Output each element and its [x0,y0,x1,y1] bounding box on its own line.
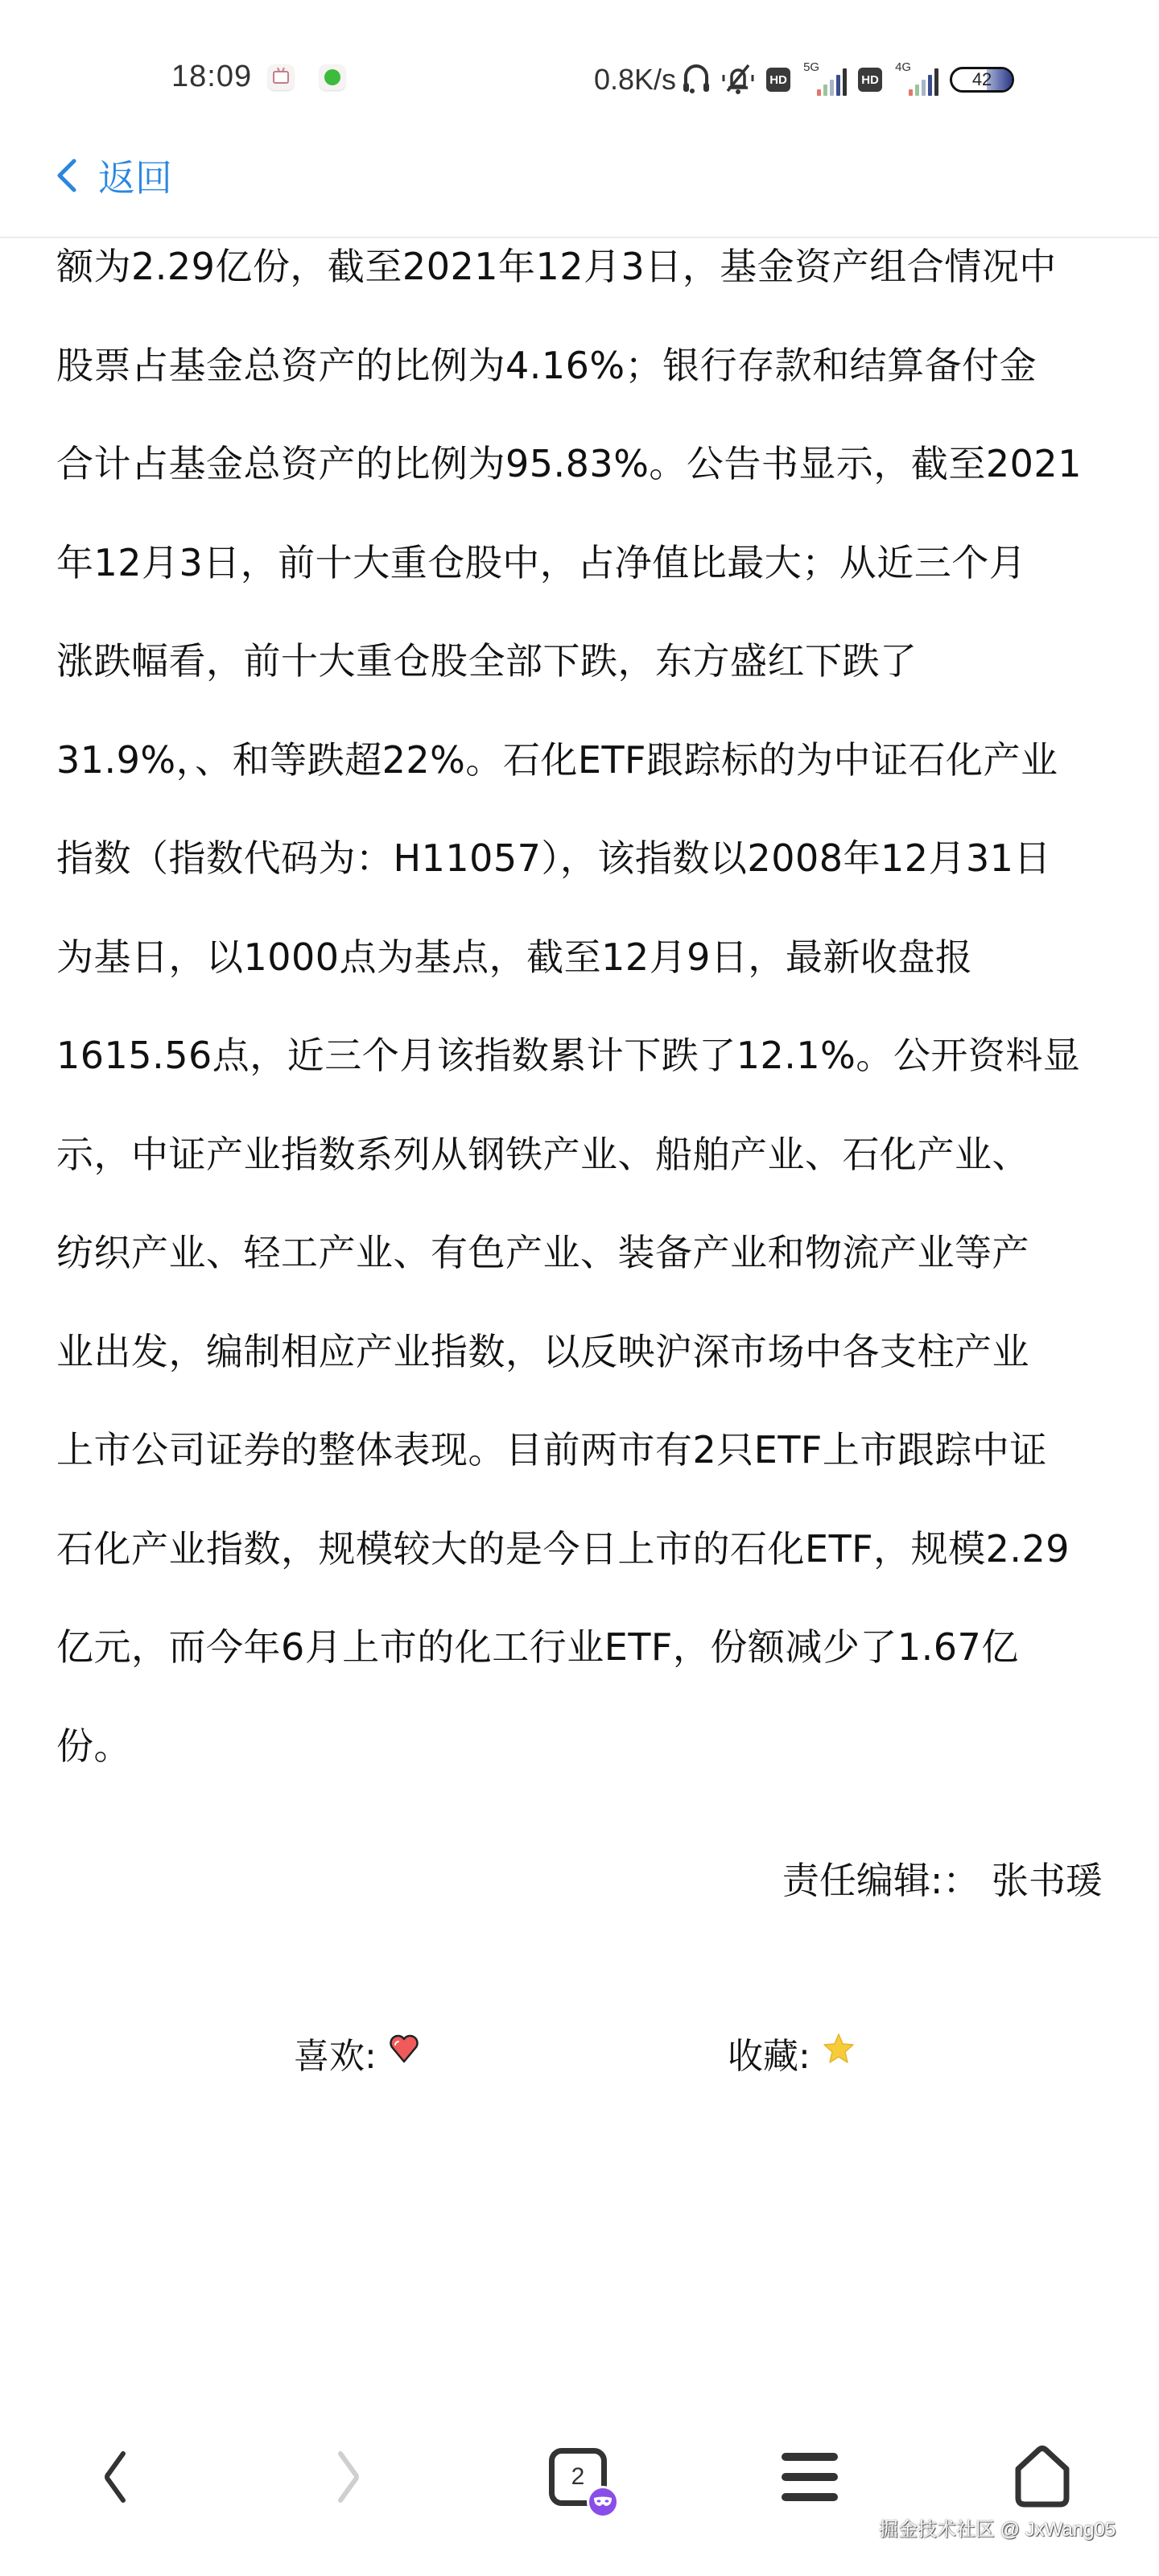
article-line: 指数（指数代码为：H11057），该指数以2008年12月31日 [56,809,1119,908]
signal-5g-icon: 5G [802,64,847,96]
heart-icon [388,2033,420,2074]
chevron-right-icon [332,2449,365,2505]
hamburger-menu-icon [781,2450,839,2504]
article-line: 纺织产业、轻工产业、有色产业、装备产业和物流产业等产 [56,1203,1119,1302]
back-label: 返回 [98,149,172,202]
article-line: 涨跌幅看，前十大重仓股全部下跌，东方盛红下跌了 [56,612,1119,711]
browser-forward-button[interactable] [312,2441,385,2513]
chevron-left-icon [53,156,82,195]
signal-4g-icon: 4G [893,64,938,96]
battery-icon: 42 [950,67,1014,93]
menu-button[interactable] [773,2441,846,2513]
battery-level: 42 [972,69,992,90]
article-line: 亿元，而今年6月上市的化工行业ETF，份额减少了1.67亿 [56,1598,1119,1697]
chevron-left-icon [99,2449,131,2505]
browser-back-button[interactable] [79,2441,151,2513]
responsible-editor: 责任编辑:： 张书瑗 [782,1851,1103,1905]
hd-voice-icon: HD [766,68,790,92]
article-line: 股票占基金总资产的比例为4.16%；银行存款和结算备付金 [56,316,1119,415]
collect-button[interactable]: 收藏: [728,2027,856,2079]
article-line: 31.9%，、和等跌超22%。石化ETF跟踪标的为中证石化产业 [56,711,1119,810]
home-button[interactable] [1006,2441,1079,2513]
article-line: 上市公司证券的整体表现。目前两市有2只ETF上市跟踪中证 [56,1401,1119,1500]
article-actions: 喜欢: 收藏: [0,2027,1159,2083]
article-line: 年12月3日，前十大重仓股中，占净值比最大；从近三个月 [56,514,1119,613]
article-line: 示，中证产业指数系列从钢铁产业、船舶产业、石化产业、 [56,1105,1119,1204]
browser-toolbar: 2 [0,2407,1159,2576]
tab-count: 2 [571,2463,585,2491]
headset-icon [683,62,710,97]
watermark: 掘金技术社区 @ JxWang05 [879,2513,1116,2541]
green-app-icon [320,64,345,90]
incognito-mask-icon [587,2486,619,2518]
home-icon [1012,2445,1073,2509]
collect-label: 收藏: [728,2027,810,2079]
hd-voice-icon-2: HD [858,68,882,92]
article-line: 份。 [56,1697,1119,1796]
back-button[interactable]: 返回 [53,153,172,198]
article-line: 合计占基金总资产的比例为95.83%。公告书显示，截至2021 [56,415,1119,514]
article-line: 石化产业指数，规模较大的是今日上市的石化ETF，规模2.29 [56,1500,1119,1599]
article-line: 为基日，以1000点为基点，截至12月9日，最新收盘报 [56,908,1119,1007]
status-icons: 0.8K/s HD 5G HD 4G 42 [594,60,1014,100]
like-label: 喜欢: [294,2027,377,2079]
clock: 18:09 [171,60,252,94]
bell-muted-icon [721,60,755,99]
network-speed: 0.8K/s [594,63,676,97]
bilibili-tv-icon [268,64,294,90]
tabs-button[interactable]: 2 [542,2441,614,2513]
article-body: 额为2.29亿份，截至2021年12月3日，基金资产组合情况中 股票占基金总资产… [56,217,1119,1795]
tabs-icon: 2 [549,2448,607,2506]
page-header: 返回 [0,153,1159,238]
article-line: 1615.56点，近三个月该指数累计下跌了12.1%。公开资料显 [56,1006,1119,1105]
article-line: 业出发，编制相应产业指数，以反映沪深市场中各支柱产业 [56,1302,1119,1402]
star-icon [822,2032,856,2074]
like-button[interactable]: 喜欢: [294,2027,420,2079]
status-bar: 18:09 0.8K/s HD 5G HD 4G 42 [0,0,1159,153]
